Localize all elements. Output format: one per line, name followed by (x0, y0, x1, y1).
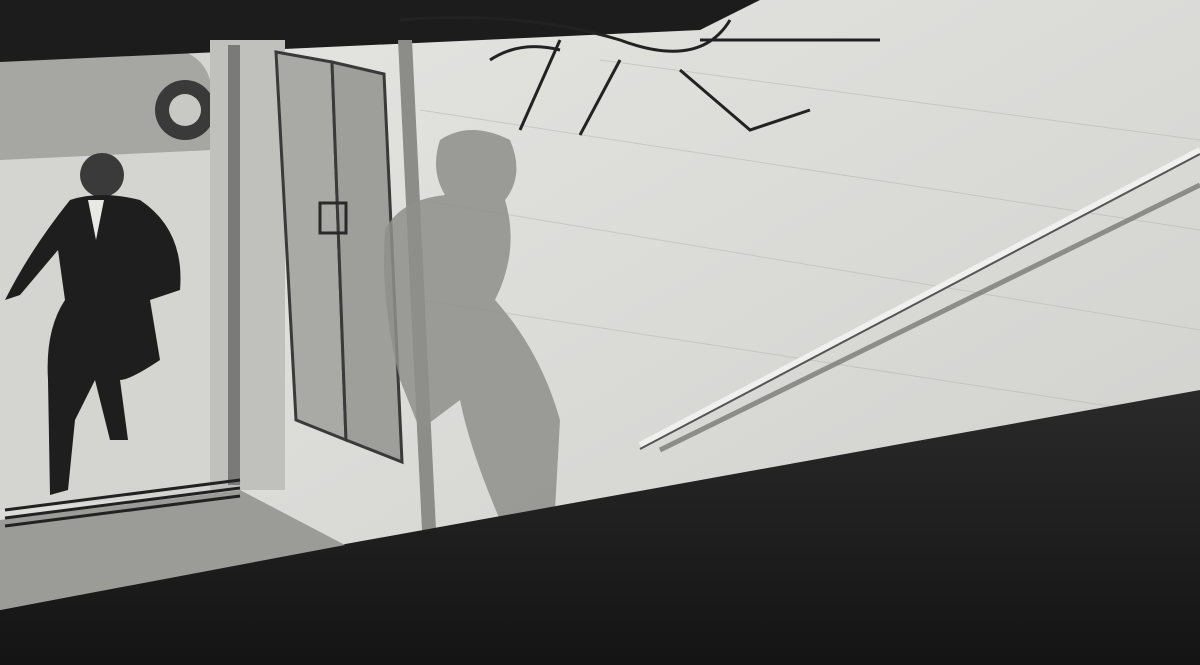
door-frame (210, 40, 285, 490)
scene-drawing (0, 0, 1200, 665)
photograph (0, 0, 1200, 665)
man-head (80, 153, 124, 197)
